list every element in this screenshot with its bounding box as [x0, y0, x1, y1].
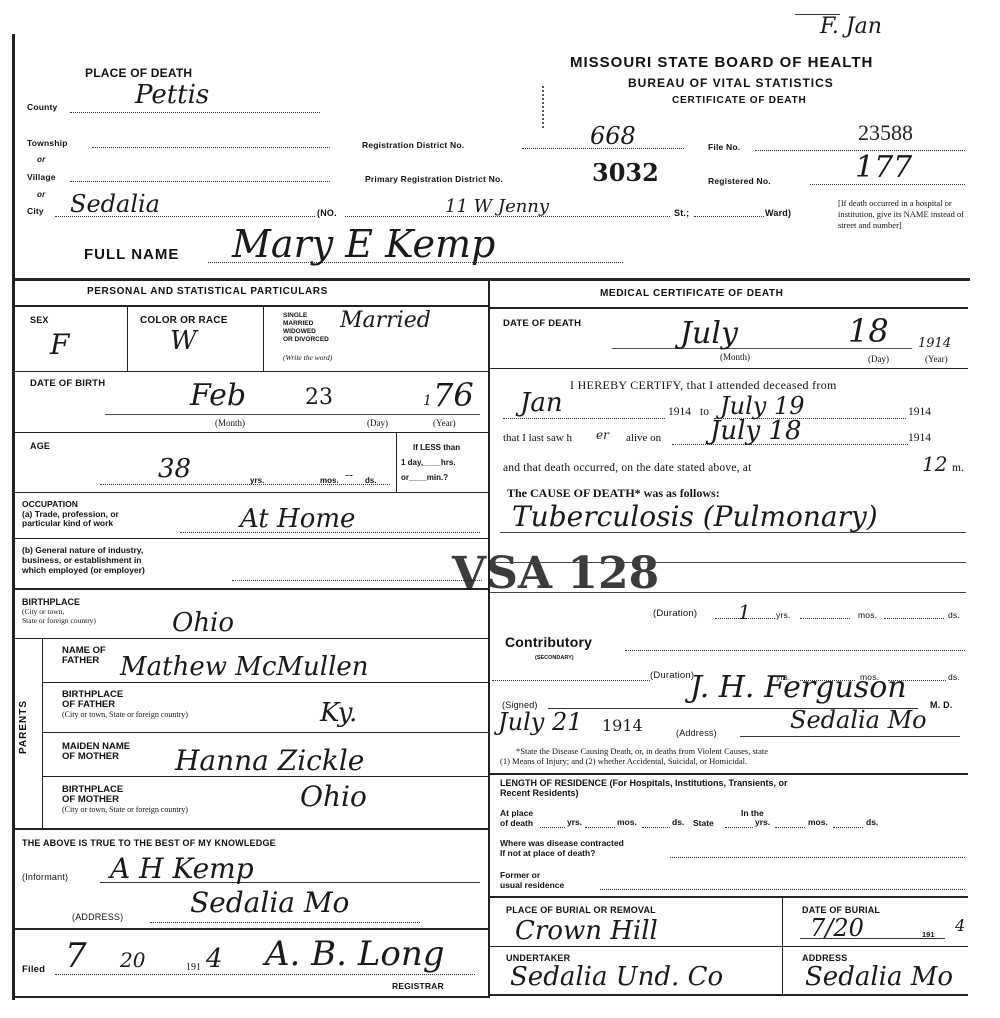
duration-ds-line — [884, 618, 944, 619]
dob-field-line — [105, 414, 480, 415]
age-yrs-label: yrs. — [250, 476, 264, 485]
occupation-b-label: (b) General nature of industry, business… — [22, 545, 145, 575]
date-of-death-label: DATE OF DEATH — [503, 318, 581, 329]
father-name-rule — [43, 682, 488, 683]
sex-row-rule — [12, 371, 488, 372]
in-state-mos-line — [775, 827, 805, 828]
medical-certificate-heading: MEDICAL CERTIFICATE OF DEATH — [600, 288, 783, 299]
marital-divorced: OR DIVORCED — [283, 336, 329, 344]
death-occurred-text: and that death occurred, on the date sta… — [503, 462, 751, 474]
physician-signature[interactable]: J. H. Ferguson — [690, 670, 907, 705]
certify-text: I HEREBY CERTIFY, that I attended deceas… — [570, 378, 837, 393]
dob-day-value[interactable]: 23 — [305, 385, 333, 410]
duration-years-value[interactable]: 1 — [738, 600, 751, 624]
informant-label: (Informant) — [22, 872, 68, 882]
mother-name-label-2: OF MOTHER — [62, 752, 130, 762]
birthplace-value[interactable]: Ohio — [172, 608, 234, 638]
marital-widowed: WIDOWED — [283, 328, 329, 336]
informant-rule — [12, 928, 488, 930]
filed-year[interactable]: 4 — [206, 944, 223, 974]
date-of-birth-label: DATE OF BIRTH — [30, 378, 105, 389]
city-label: City — [27, 206, 44, 216]
medical-heading-rule — [490, 307, 968, 309]
race-value[interactable]: W — [170, 326, 197, 356]
occupation-a-line2: particular kind of work — [22, 519, 119, 529]
at-place-label-2: of death — [500, 818, 533, 828]
less-than-line2: 1 day,____hrs. — [401, 455, 460, 470]
filed-field-line — [55, 974, 475, 975]
marital-note: (Write the word) — [283, 353, 332, 363]
left-bottom-rule — [12, 996, 488, 998]
death-certificate: F. Jan MISSOURI STATE BOARD OF HEALTH BU… — [0, 0, 1000, 1018]
signed-year-value[interactable]: 1914 — [602, 716, 643, 735]
filed-month[interactable]: 7 — [65, 936, 87, 976]
full-name-label: FULL NAME — [84, 246, 179, 263]
contributory-sub: (SECONDARY) — [535, 654, 574, 663]
registrar-label: REGISTRAR — [392, 981, 444, 991]
registered-number-value[interactable]: 177 — [855, 150, 912, 185]
race-label: COLOR OR RACE — [140, 315, 228, 326]
file-number-label: File No. — [708, 142, 740, 152]
burial-bottom-rule — [490, 994, 968, 996]
in-state-ds: ds. — [866, 818, 878, 827]
birthplace-rule — [12, 638, 488, 639]
state-board-title: MISSOURI STATE BOARD OF HEALTH — [570, 54, 873, 71]
physician-address-value[interactable]: Sedalia Mo — [790, 706, 927, 734]
occupation-a-rule — [12, 538, 488, 539]
occupation-a-label: OCCUPATION (a) Trade, profession, or par… — [22, 500, 119, 529]
medical-bottom-rule — [490, 773, 968, 775]
burial-date-value[interactable]: 7/20 — [810, 914, 864, 942]
street-number-label: (NO. — [317, 208, 337, 218]
at-place-yrs-line — [540, 827, 565, 828]
physician-address-label: (Address) — [676, 728, 717, 738]
top-signature: F. Jan — [820, 14, 882, 39]
mother-birthplace-value[interactable]: Ohio — [300, 780, 367, 813]
or-label-1: or — [37, 155, 45, 164]
certificate-form-name: CERTIFICATE OF DEATH — [672, 95, 807, 106]
death-day-value[interactable]: 18 — [848, 312, 889, 350]
dob-month-caption: (Month) — [215, 418, 245, 428]
last-saw-date[interactable]: July 18 — [710, 416, 802, 446]
duration-yrs-label: yrs. — [776, 610, 791, 620]
age-label: AGE — [30, 441, 50, 451]
registered-number-label: Registered No. — [708, 176, 771, 186]
header-divider — [12, 278, 970, 281]
death-occurred-time[interactable]: 12 — [922, 452, 947, 476]
at-place-mos: mos. — [617, 818, 637, 827]
former-residence: Former or usual residence — [500, 870, 564, 890]
primary-registration-label: Primary Registration District No. — [365, 174, 503, 184]
burial-year-prefix: 191 — [922, 930, 935, 939]
informant-address-value[interactable]: Sedalia Mo — [190, 886, 349, 919]
attended-from-line — [503, 418, 665, 419]
informant-value[interactable]: A H Kemp — [110, 852, 254, 885]
occupation-b-line3: which employed (or employer) — [22, 565, 145, 575]
occupation-b-line1: (b) General nature of industry, — [22, 545, 145, 555]
full-name-value[interactable]: Mary E Kemp — [232, 222, 495, 266]
race-marital-divider — [263, 306, 264, 371]
place-of-death-heading: PLACE OF DEATH — [85, 66, 192, 80]
death-occurred-suffix: m. — [952, 462, 964, 474]
last-saw-year: 1914 — [908, 432, 931, 444]
age-ds-label: ds. — [365, 476, 377, 485]
attended-to-label: to — [700, 406, 709, 418]
mother-name-value[interactable]: Hanna Zickle — [175, 744, 364, 777]
mother-birthplace-note: (City or town, State or foreign country) — [62, 805, 188, 815]
residence-at-place: At place of death — [500, 808, 533, 828]
marital-value[interactable]: Married — [340, 308, 431, 333]
filed-day[interactable]: 20 — [120, 948, 145, 972]
death-date-rule — [490, 368, 968, 369]
dob-month-value[interactable]: Feb — [190, 378, 246, 413]
in-state-yrs-line — [725, 827, 753, 828]
father-birthplace-note: (City or town, State or foreign country) — [62, 710, 188, 720]
mother-birthplace-label-2: OF MOTHER — [62, 795, 188, 805]
in-state-ds-line — [833, 827, 863, 828]
informant-statement: THE ABOVE IS TRUE TO THE BEST OF MY KNOW… — [22, 838, 276, 848]
in-state-label-1: In the — [693, 808, 764, 818]
duration2-prefix-line — [492, 680, 650, 681]
father-birthplace-rule — [43, 732, 488, 733]
personal-particulars-heading: PERSONAL AND STATISTICAL PARTICULARS — [87, 286, 328, 297]
registration-district-label: Registration District No. — [362, 140, 464, 150]
cause-line-2 — [490, 562, 966, 563]
primary-registration-value[interactable]: 3032 — [592, 158, 659, 187]
duration2-ds-label: ds. — [948, 672, 960, 682]
at-place-yrs: yrs. — [567, 818, 582, 827]
birthplace-note-1: (City or town, — [22, 607, 96, 616]
village-label: Village — [27, 172, 56, 182]
parents-side-divider — [42, 639, 43, 829]
county-field-line — [70, 112, 320, 113]
age-years-value[interactable]: 38 — [158, 454, 191, 484]
center-divider — [488, 280, 490, 998]
registrar-signature[interactable]: A. B. Long — [265, 934, 444, 974]
occupation-b-rule — [12, 588, 488, 590]
file-number-value: 23588 — [858, 120, 913, 146]
parents-bottom-rule — [12, 828, 488, 830]
residence-in-state: In the State — [693, 808, 764, 828]
registration-district-value[interactable]: 668 — [590, 122, 636, 150]
cause-of-death-label: The CAUSE OF DEATH* was as follows: — [507, 486, 720, 501]
birthplace-label: BIRTHPLACE — [22, 598, 96, 607]
age-days-value[interactable]: -- — [345, 468, 353, 482]
duration-label: (Duration) — [653, 608, 697, 619]
hospital-note: [If death occurred in a hospital or inst… — [838, 198, 966, 231]
mother-birthplace-label: BIRTHPLACE OF MOTHER (City or town, Stat… — [62, 785, 188, 815]
top-signature-line — [795, 14, 840, 15]
age-less-divider — [396, 433, 397, 493]
father-birthplace-label-2: OF FATHER — [62, 700, 188, 710]
death-year-caption: (Year) — [925, 354, 948, 364]
dob-year-value[interactable]: 76 — [433, 376, 474, 414]
father-birthplace-label: BIRTHPLACE OF FATHER (City or town, Stat… — [62, 690, 188, 720]
last-saw-pronoun[interactable]: er — [596, 428, 609, 442]
contributory-line — [625, 650, 965, 651]
duration-mos-label: mos. — [858, 610, 877, 620]
county-value[interactable]: Pettis — [135, 80, 209, 110]
disease-contracted-line — [670, 857, 965, 858]
father-name-label-2: FATHER — [62, 656, 106, 666]
burial-place-label: PLACE OF BURIAL OR REMOVAL — [506, 905, 656, 915]
occupation-b-line — [232, 580, 482, 581]
undertaker-address-value[interactable]: Sedalia Mo — [805, 962, 953, 992]
age-row-rule — [12, 492, 488, 493]
marital-single: SINGLE — [283, 312, 329, 320]
in-state-mos: mos. — [808, 818, 828, 827]
cause-footnote-1: *State the Disease Causing Death, or, in… — [500, 746, 768, 756]
informant-address-label: (ADDRESS) — [72, 912, 123, 922]
filed-label: Filed — [22, 964, 45, 975]
at-place-label-1: At place — [500, 808, 533, 818]
personal-heading-rule — [12, 305, 488, 307]
burial-place-value[interactable]: Crown Hill — [515, 916, 658, 946]
bureau-subtitle: BUREAU OF VITAL STATISTICS — [628, 76, 834, 90]
residence-heading-2: Recent Residents) — [500, 788, 788, 798]
burial-year[interactable]: 4 — [955, 916, 965, 935]
birthplace-label-block: BIRTHPLACE (City or town, State or forei… — [22, 598, 96, 625]
sex-value[interactable]: F — [50, 328, 69, 361]
death-month-caption: (Month) — [720, 352, 750, 362]
death-day-caption: (Day) — [868, 354, 889, 364]
at-place-mos-line — [585, 827, 615, 828]
burial-mid-rule — [490, 946, 968, 947]
dob-year-prefix: 1 — [423, 393, 432, 409]
birthplace-note-2: State or foreign country) — [22, 616, 96, 625]
cause-of-death-value[interactable]: Tuberculosis (Pulmonary) — [512, 500, 878, 533]
undertaker-value[interactable]: Sedalia Und. Co — [510, 962, 723, 992]
burial-divider — [782, 898, 783, 996]
ward-field-line — [694, 216, 764, 217]
last-saw-prefix: that I last saw h — [503, 432, 572, 444]
former-residence-line — [600, 889, 965, 890]
sex-label: SEX — [30, 315, 49, 325]
disease-contracted-2: If not at place of death? — [500, 848, 624, 858]
mother-name-rule — [43, 776, 488, 777]
cause-line-3 — [490, 592, 966, 593]
in-state-yrs: yrs. — [755, 818, 770, 827]
street-value[interactable]: 11 W Jenny — [445, 196, 549, 217]
marital-status-labels: SINGLE MARRIED WIDOWED OR DIVORCED — [283, 312, 329, 344]
less-than-line3: or____min.? — [401, 470, 460, 485]
md-label: M. D. — [930, 700, 953, 710]
duration2-label: (Duration) — [650, 670, 694, 681]
dob-day-caption: (Day) — [367, 418, 388, 428]
occupation-value[interactable]: At Home — [240, 504, 355, 534]
former-residence-2: usual residence — [500, 880, 564, 890]
or-label-2: or — [37, 190, 45, 199]
mother-name-label: MAIDEN NAME OF MOTHER — [62, 742, 130, 762]
father-name-label: NAME OF FATHER — [62, 646, 106, 666]
marital-married: MARRIED — [283, 320, 329, 328]
attended-from-value[interactable]: Jan — [520, 388, 563, 418]
attended-from-year: 1914 — [668, 406, 691, 418]
township-field-line — [92, 147, 330, 148]
attended-to-year: 1914 — [908, 406, 931, 418]
left-border — [12, 34, 15, 1000]
township-label: Township — [27, 138, 68, 148]
disease-contracted: Where was disease contracted If not at p… — [500, 838, 624, 858]
occupation-b-line2: business, or establishment in — [22, 555, 145, 565]
signed-date-value[interactable]: July 21 — [498, 708, 582, 736]
ward-label: Ward) — [765, 208, 791, 218]
father-birthplace-value[interactable]: Ky. — [320, 698, 357, 728]
city-value[interactable]: Sedalia — [70, 190, 160, 218]
age-field-line — [100, 484, 390, 485]
physician-address-line — [740, 736, 960, 737]
age-mos-label: mos. — [320, 476, 339, 485]
contributory-label: Contributory — [505, 634, 592, 650]
disease-contracted-1: Where was disease contracted — [500, 838, 624, 848]
parents-side-label: PARENTS — [18, 700, 29, 754]
cause-footnote-2: (1) Means of Injury; and (2) whether Acc… — [500, 756, 768, 766]
residence-heading-1: LENGTH OF RESIDENCE (For Hospitals, Inst… — [500, 778, 788, 788]
less-than-day-note: If LESS than 1 day,____hrs. or____min.? — [401, 440, 460, 485]
village-field-line — [70, 181, 330, 182]
dob-row-rule — [12, 432, 488, 433]
sex-race-divider — [127, 306, 128, 371]
filed-year-prefix: 191 — [186, 962, 201, 973]
death-month-value[interactable]: July — [680, 316, 738, 351]
former-residence-1: Former or — [500, 870, 564, 880]
death-year-value[interactable]: 1914 — [918, 336, 951, 351]
street-st-label: St.; — [674, 208, 689, 218]
cause-footnote: *State the Disease Causing Death, or, in… — [500, 746, 768, 766]
duration-ds-label: ds. — [948, 610, 960, 620]
at-place-ds: ds. — [672, 818, 684, 827]
residence-bottom-rule — [490, 896, 968, 898]
last-saw-mid: alive on — [626, 432, 661, 444]
residence-heading: LENGTH OF RESIDENCE (For Hospitals, Inst… — [500, 778, 788, 798]
county-label: County — [27, 102, 57, 112]
father-name-value[interactable]: Mathew McMullen — [120, 652, 369, 682]
stamp-mark — [542, 86, 546, 128]
informant-address-line — [150, 922, 420, 923]
dob-year-caption: (Year) — [433, 418, 456, 428]
at-place-ds-line — [642, 827, 670, 828]
duration-mos-line — [800, 618, 850, 619]
less-than-line1: If LESS than — [401, 440, 460, 455]
